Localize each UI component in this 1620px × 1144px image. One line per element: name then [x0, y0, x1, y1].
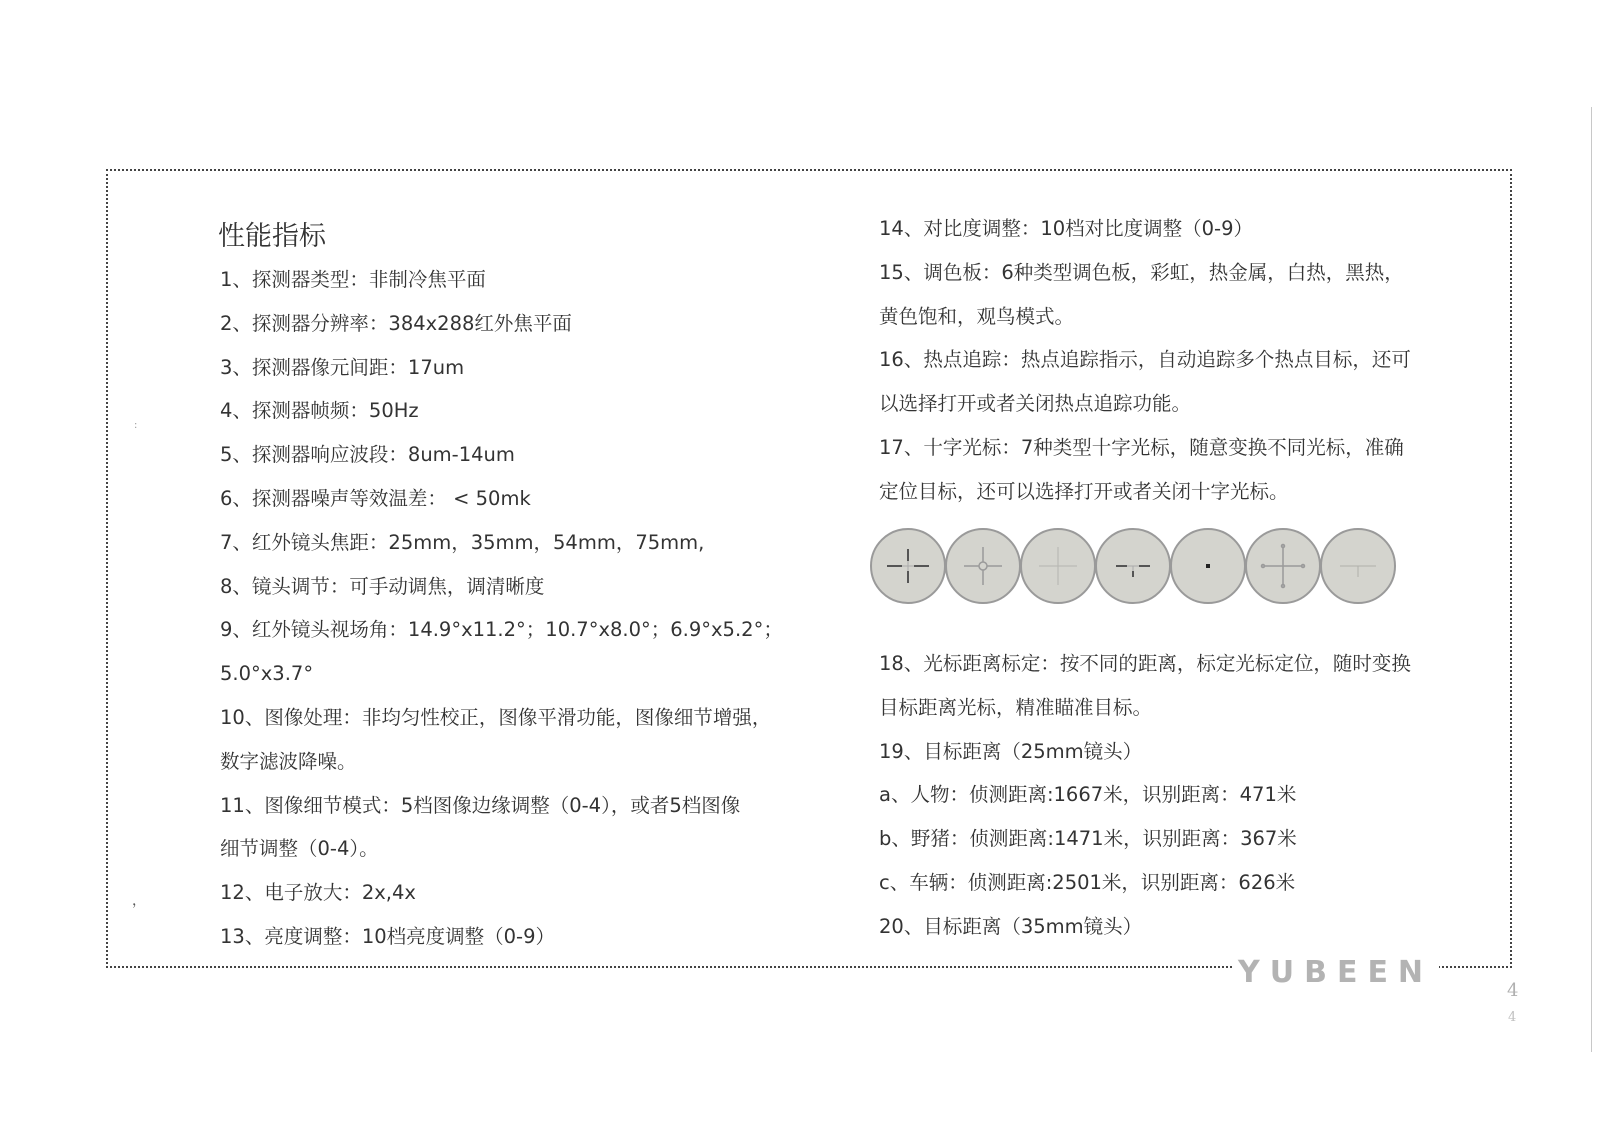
spec-list-right-top: 14、对比度调整：10档对比度调整（0-9） 15、调色板：6种类型调色板，彩虹…	[879, 213, 1411, 520]
spec-line: c、车辆：侦测距离:2501米，识别距离：626米	[879, 867, 1411, 911]
reticle-circle-cross-icon	[945, 528, 1021, 604]
spec-line: 11、图像细节模式：5档图像边缘调整（0-4），或者5档图像	[220, 790, 783, 834]
reticle-broken-t-icon	[1095, 528, 1171, 604]
page-edge-line	[1591, 107, 1592, 1052]
spec-line: 20、目标距离（35mm镜头）	[879, 911, 1411, 955]
reticle-thin-cross-icon	[1020, 528, 1096, 604]
spec-line: 4、探测器帧频：50Hz	[220, 395, 783, 439]
page-title: 性能指标	[218, 214, 326, 253]
spec-line: 17、十字光标：7种类型十字光标，随意变换不同光标，准确	[879, 432, 1411, 476]
spec-line: 7、红外镜头焦距：25mm，35mm，54mm，75mm,	[220, 527, 783, 571]
spec-line: 目标距离光标，精准瞄准目标。	[879, 692, 1411, 736]
spec-line: 15、调色板：6种类型调色板，彩虹，热金属，白热，黑热，	[879, 257, 1411, 301]
spec-line: 9、红外镜头视场角：14.9°x11.2°；10.7°x8.0°；6.9°x5.…	[220, 614, 783, 658]
reticle-light-t-icon	[1320, 528, 1396, 604]
spec-line: 8、镜头调节：可手动调焦，调清晰度	[220, 571, 783, 615]
spec-line: 2、探测器分辨率：384x288红外焦平面	[220, 308, 783, 352]
spec-line: 细节调整（0-4）。	[220, 833, 783, 877]
brand-logo: YUBEEN	[1232, 955, 1439, 990]
spec-line: 数字滤波降噪。	[220, 746, 783, 790]
spec-line: 18、光标距离标定：按不同的距离，标定光标定位，随时变换	[879, 648, 1411, 692]
spec-line: 12、电子放大：2x,4x	[220, 877, 783, 921]
spec-line: 14、对比度调整：10档对比度调整（0-9）	[879, 213, 1411, 257]
reticle-broken-cross-icon	[870, 528, 946, 604]
spec-line: 6、探测器噪声等效温差： < 50mk	[220, 483, 783, 527]
spec-line: 以选择打开或者关闭热点追踪功能。	[879, 388, 1411, 432]
stray-comma-mark: ，	[132, 890, 146, 910]
spec-line: 19、目标距离（25mm镜头）	[879, 736, 1411, 780]
spec-line: b、野猪：侦测距离:1471米，识别距离：367米	[879, 823, 1411, 867]
reticle-gallery	[870, 528, 1395, 604]
spec-list-left: 1、探测器类型：非制冷焦平面 2、探测器分辨率：384x288红外焦平面 3、探…	[220, 264, 783, 965]
spec-line: 16、热点追踪：热点追踪指示，自动追踪多个热点目标，还可	[879, 344, 1411, 388]
reticle-dot-icon	[1170, 528, 1246, 604]
spec-line: 5、探测器响应波段：8um-14um	[220, 439, 783, 483]
spec-line: 10、图像处理：非均匀性校正，图像平滑功能，图像细节增强，	[220, 702, 783, 746]
spec-line: 1、探测器类型：非制冷焦平面	[220, 264, 783, 308]
reticle-dotted-end-cross-icon	[1245, 528, 1321, 604]
spec-line: 13、亮度调整：10档亮度调整（0-9）	[220, 921, 783, 965]
spec-line: 3、探测器像元间距：17um	[220, 352, 783, 396]
page-number: 4	[1507, 980, 1518, 1001]
spec-line: a、人物：侦测距离:1667米，识别距离：471米	[879, 779, 1411, 823]
spec-list-right-bottom: 18、光标距离标定：按不同的距离，标定光标定位，随时变换 目标距离光标，精准瞄准…	[879, 648, 1411, 955]
page-number-ghost: 4	[1508, 1010, 1516, 1025]
spec-line: 5.0°x3.7°	[220, 658, 783, 702]
spec-line: 定位目标，还可以选择打开或者关闭十字光标。	[879, 476, 1411, 520]
stray-colon-mark: :	[134, 420, 137, 431]
spec-line: 黄色饱和，观鸟模式。	[879, 301, 1411, 345]
